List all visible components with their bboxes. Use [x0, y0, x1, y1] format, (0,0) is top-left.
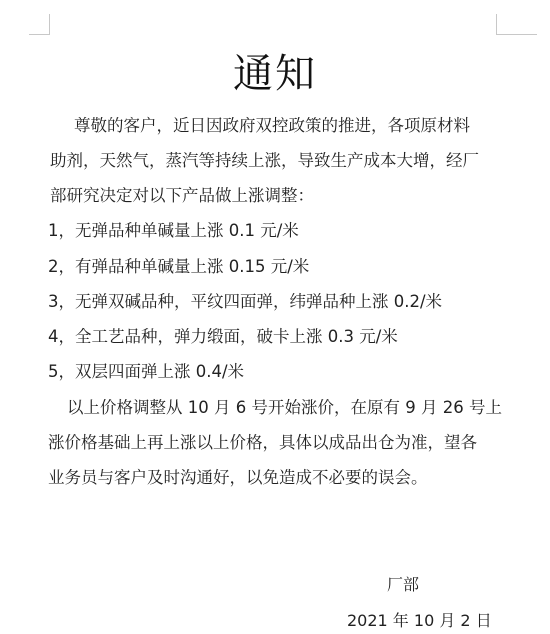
closing-line-2: 涨价格基础上再上涨以上价格，具体以成品出仓为准，望各 [48, 429, 477, 453]
date: 2021 年 10 月 2 日 [347, 608, 492, 631]
page-corner-mark-top-left [29, 14, 50, 35]
page-corner-mark-top-right [496, 14, 537, 35]
list-item-3: 3，无弹双碱品种，平纹四面弹，纬弹品种上涨 0.2/米 [48, 288, 442, 312]
notice-title: 通知 [0, 42, 550, 99]
intro-line-3: 部研究决定对以下产品做上涨调整： [50, 182, 314, 206]
list-item-2: 2，有弹品种单碱量上涨 0.15 元/米 [48, 253, 309, 277]
list-item-4: 4，全工艺品种，弹力缎面，破卡上涨 0.3 元/米 [48, 323, 398, 347]
list-item-1: 1，无弹品种单碱量上涨 0.1 元/米 [48, 217, 299, 241]
signature: 厂部 [387, 572, 419, 595]
list-item-5: 5，双层四面弹上涨 0.4/米 [48, 358, 244, 382]
closing-line-1: 以上价格调整从 10 月 6 号开始涨价，在原有 9 月 26 号上 [67, 394, 502, 418]
closing-line-3: 业务员与客户及时沟通好，以免造成不必要的误会。 [48, 464, 428, 488]
intro-line-2: 助剂，天然气，蒸汽等持续上涨，导致生产成本大增，经厂 [50, 147, 479, 171]
intro-line-1: 尊敬的客户，近日因政府双控政策的推进，各项原材料 [74, 112, 470, 136]
